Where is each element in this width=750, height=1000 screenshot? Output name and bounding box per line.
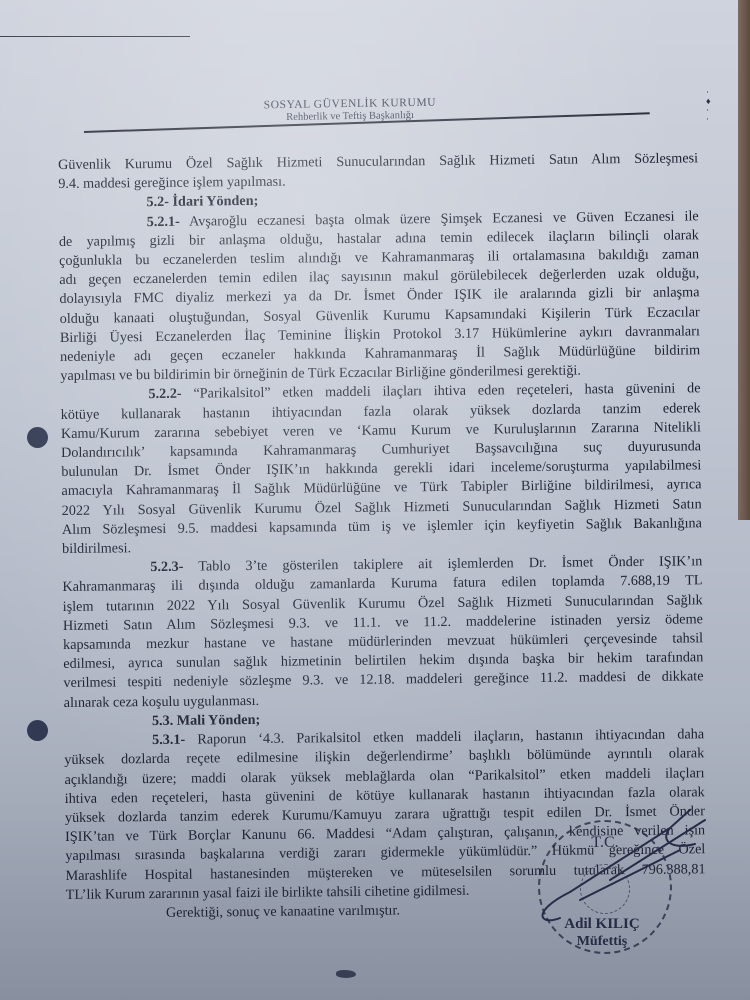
- signer-title: Müfettiş: [552, 933, 652, 950]
- punch-hole-bottom: [27, 720, 48, 741]
- item-number: 5.2.1-: [147, 213, 180, 229]
- previous-page-edge-line: [0, 36, 190, 37]
- background-surface: [738, 0, 750, 520]
- item-5-2-2: 5.2.2- “Parikalsitol” etken maddeli ilaç…: [60, 380, 702, 560]
- item-5-2-3: 5.2.3- Tablo 3’te gösterilen takiplere a…: [62, 553, 704, 713]
- item-number: 5.2.3-: [150, 559, 183, 575]
- punch-hole-top: [27, 427, 48, 448]
- continuation-paragraph: Güvenlik Kurumu Özel Sağlık Hizmeti Sunu…: [58, 149, 698, 194]
- signature-icon: [520, 800, 710, 930]
- item-number: 5.2.2-: [148, 386, 181, 402]
- item-number: 5.3.1-: [152, 732, 185, 748]
- signer-block: Adil KILIÇ Müfettiş: [552, 916, 652, 950]
- ink-speck: [336, 970, 356, 978]
- margin-marks: ·♦··: [706, 88, 712, 124]
- item-5-2-1: 5.2.1- Avşaroğlu eczanesi başta olmak üz…: [59, 207, 701, 387]
- signer-name: Adil KILIÇ: [552, 916, 652, 933]
